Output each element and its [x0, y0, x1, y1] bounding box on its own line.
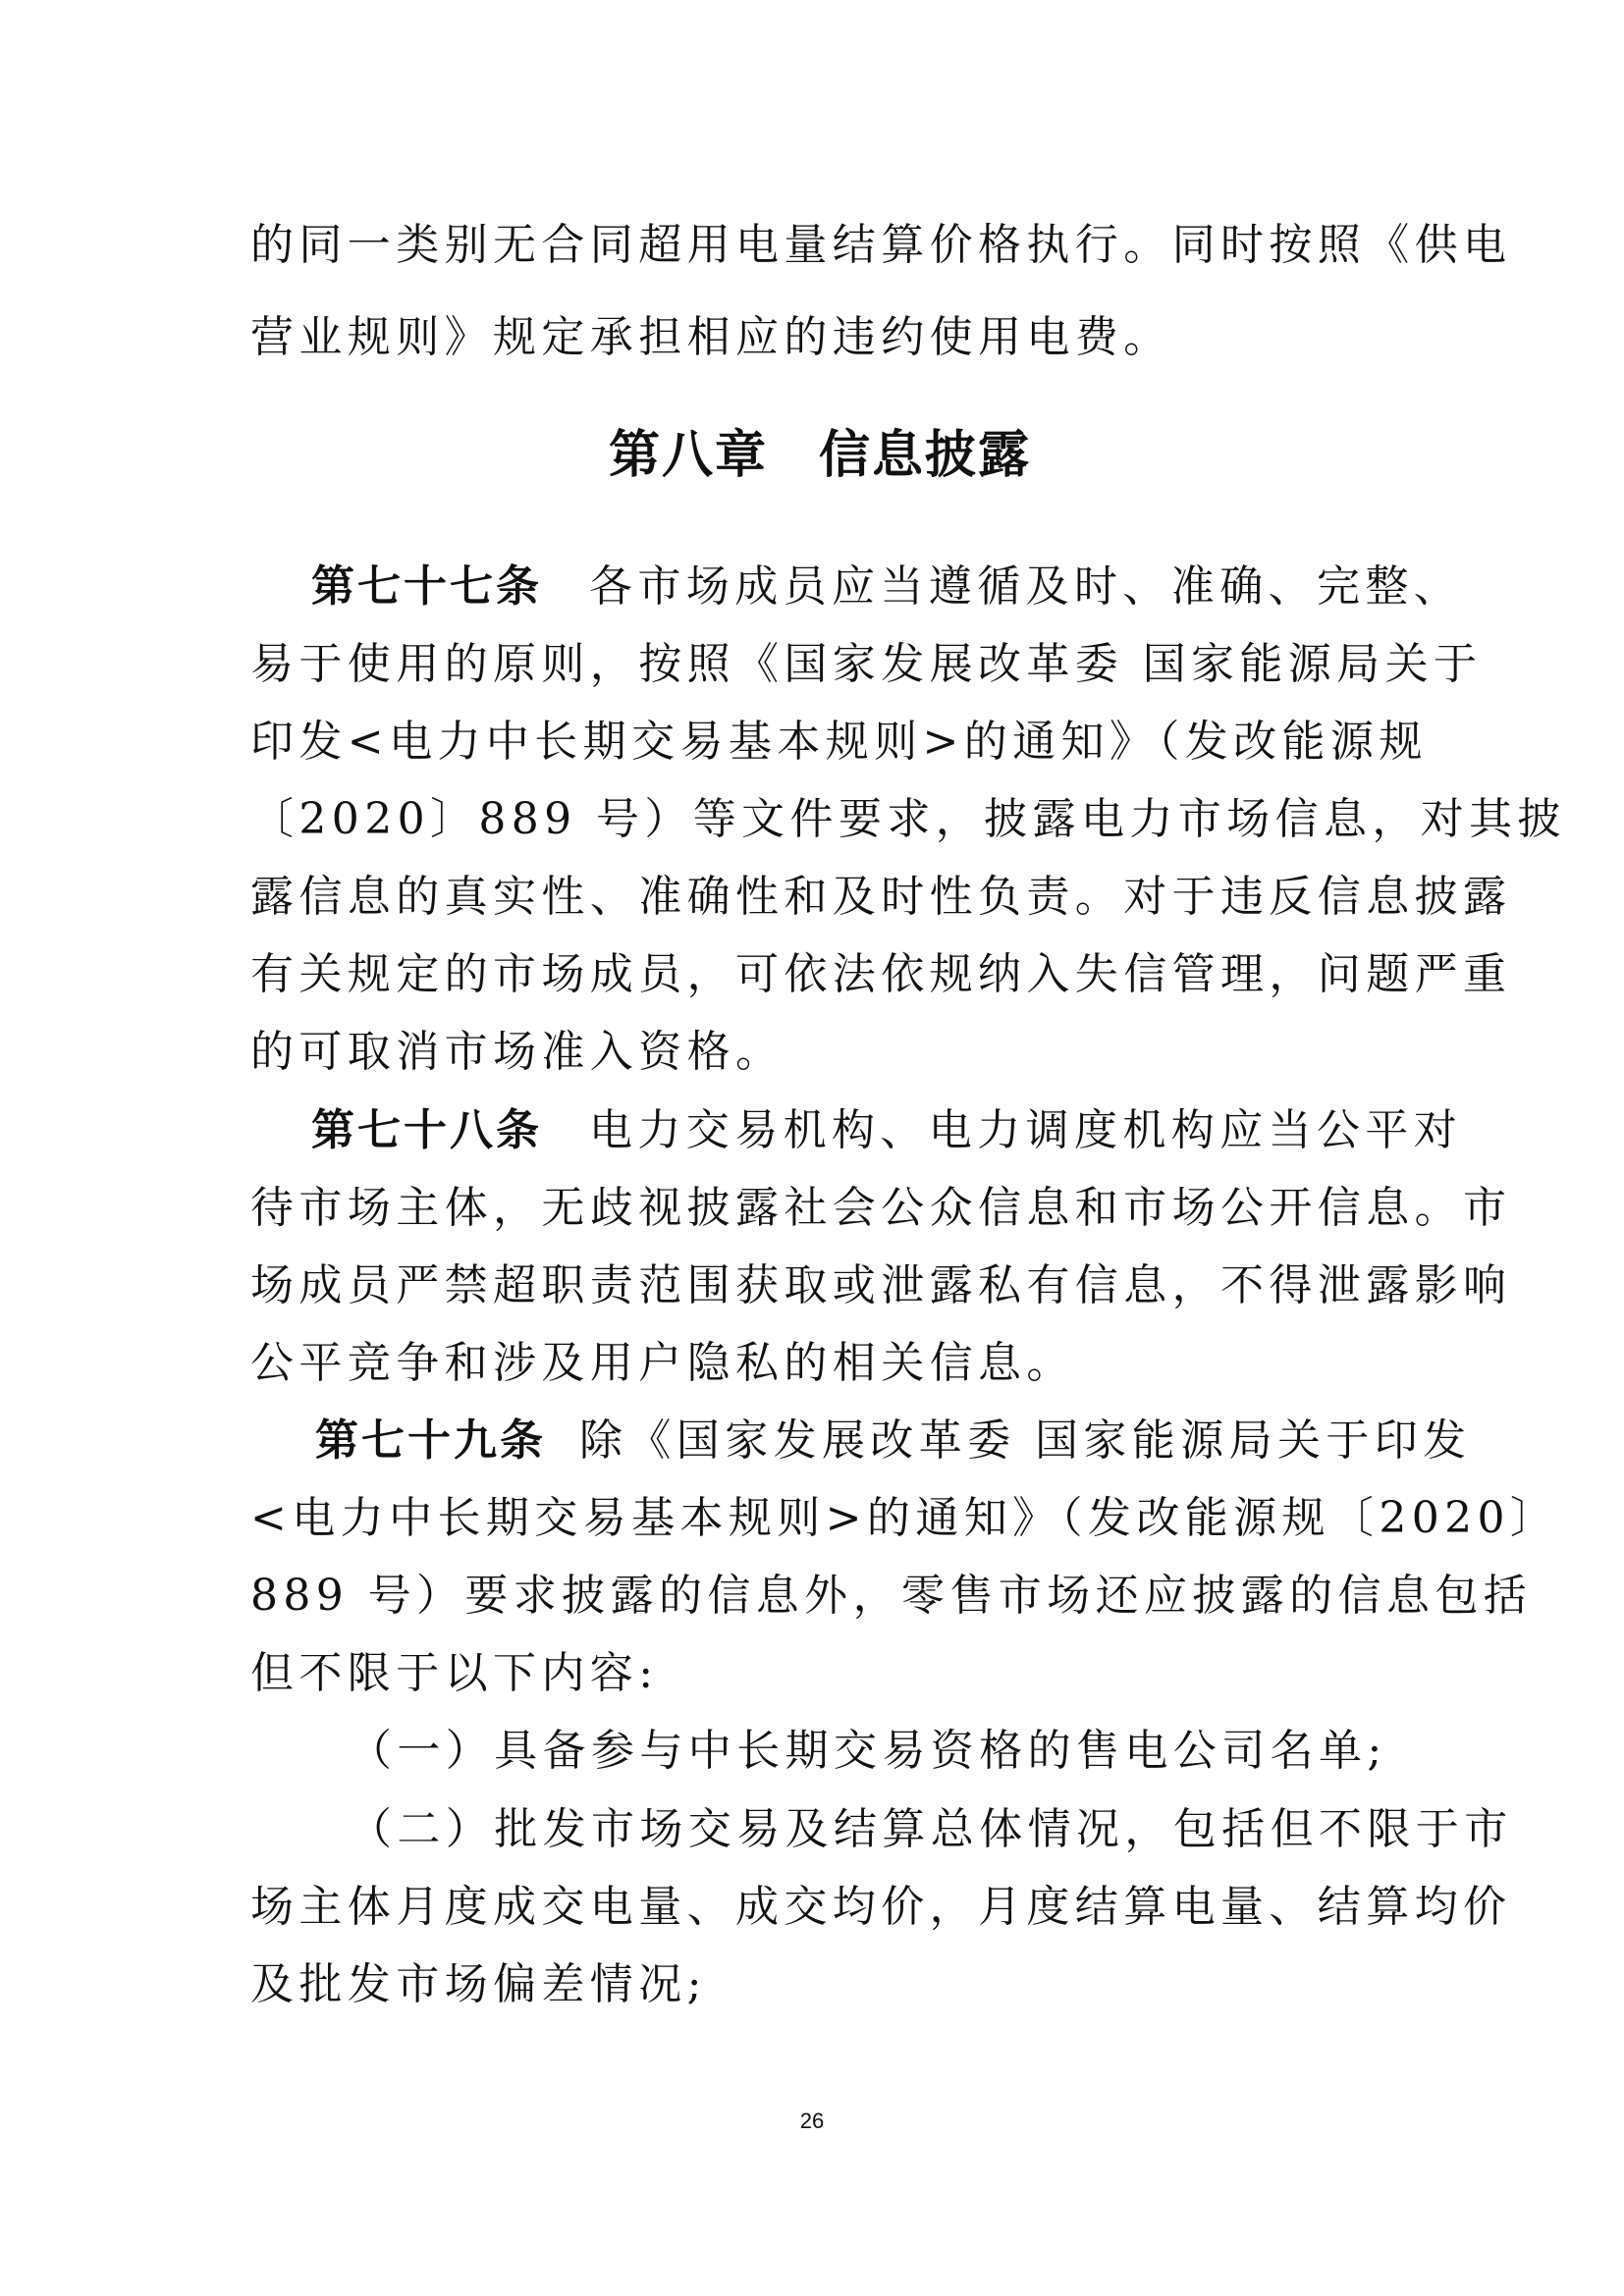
chapter-title: 信息披露	[819, 426, 1031, 485]
paragraph-line: 印发<电力中长期交易基本规则>的通知》（发改能源规	[250, 703, 1428, 781]
paragraph-line: <电力中长期交易基本规则>的通知》（发改能源规〔2020〕	[250, 1479, 1558, 1558]
paragraph-line: 场主体月度成交电量、成交均价，月度结算电量、结算均价	[250, 1868, 1511, 1947]
paragraph-line: 有关规定的市场成员，可依法依规纳入失信管理，问题严重	[250, 935, 1511, 1014]
list-item-1: （一）具备参与中长期交易资格的售电公司名单;	[349, 1712, 1387, 1790]
article-79-first-line: 第七十九条除《国家发展改革委 国家能源局关于印发	[315, 1402, 1472, 1480]
chapter-heading: 第八章信息披露	[250, 416, 1389, 495]
article-label: 第七十八条	[311, 1105, 542, 1155]
paragraph-line: 露信息的真实性、准确性和及时性负责。对于违反信息披露	[250, 858, 1511, 936]
paragraph-line: 889 号）要求披露的信息外，零售市场还应披露的信息包括	[250, 1557, 1532, 1635]
article-77-first-line: 第七十七条各市场成员应当遵循及时、准确、完整、	[311, 548, 1462, 626]
paragraph-line: 但不限于以下内容:	[250, 1634, 658, 1713]
paragraph-line: 的同一类别无合同超用电量结算价格执行。同时按照《供电	[250, 206, 1511, 285]
paragraph-line: 待市场主体，无歧视披露社会公众信息和市场公开信息。市	[250, 1169, 1511, 1248]
paragraph-line: 公平竞争和涉及用户隐私的相关信息。	[250, 1324, 1075, 1403]
article-label: 第七十七条	[311, 561, 542, 612]
list-item-2: （二）批发市场交易及结算总体情况，包括但不限于市	[349, 1790, 1513, 1869]
article-78-first-line: 第七十八条电力交易机构、电力调度机构应当公平对	[311, 1092, 1462, 1170]
chapter-number: 第八章	[609, 426, 768, 485]
paragraph-line: 营业规则》规定承担相应的违约使用电费。	[250, 298, 1172, 377]
paragraph-line: 易于使用的原则，按照《国家发展改革委 国家能源局关于	[250, 625, 1482, 704]
paragraph-line: 〔2020〕889 号）等文件要求，披露电力市场信息，对其披	[250, 780, 1566, 859]
article-label: 第七十九条	[315, 1415, 546, 1466]
paragraph-line: 的可取消市场准入资格。	[250, 1013, 784, 1092]
paragraph-line: 及批发市场偏差情况;	[250, 1946, 707, 2024]
page-number: 26	[0, 2109, 1624, 2134]
paragraph-line: 场成员严禁超职责范围获取或泄露私有信息，不得泄露影响	[250, 1247, 1511, 1325]
